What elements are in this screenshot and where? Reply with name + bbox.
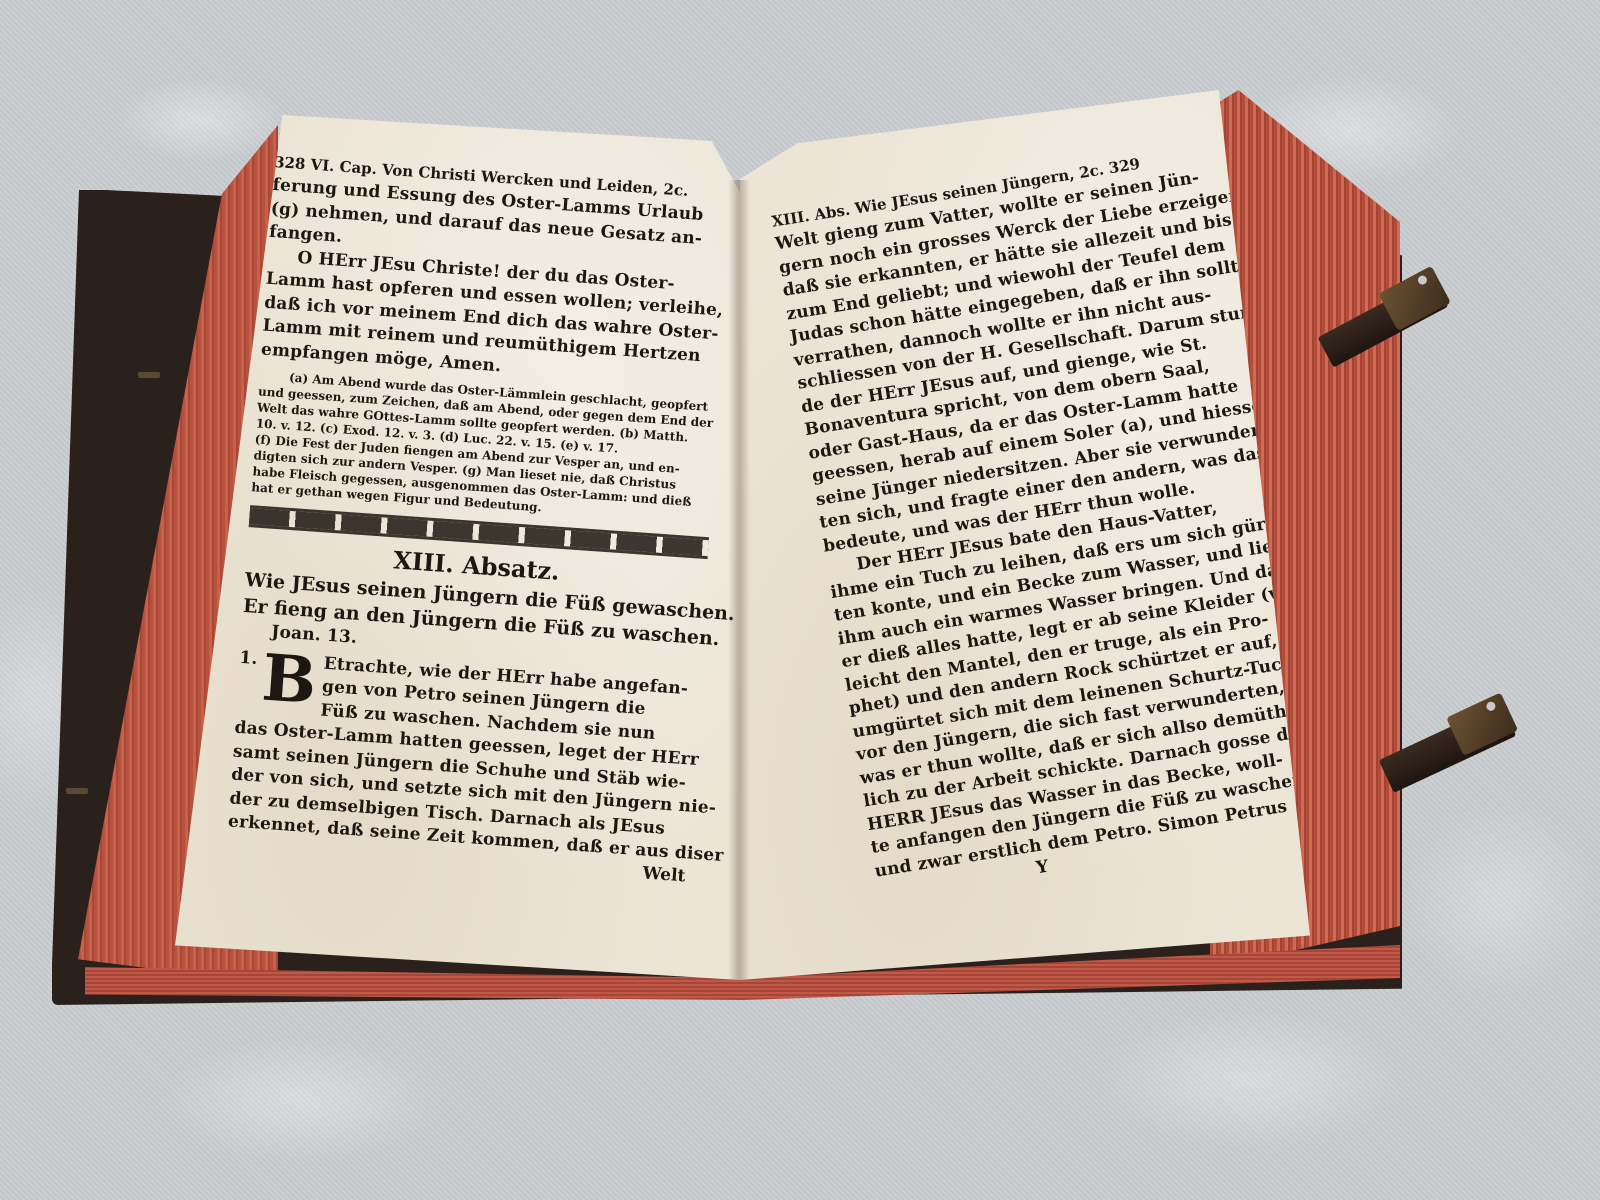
- paragraph-number: 1.: [239, 646, 259, 671]
- drop-cap: B: [260, 648, 318, 712]
- left-page-text: 328 VI. Cap. Von Christi Wercken und Lei…: [226, 150, 734, 886]
- clasp-plate-icon: [1446, 692, 1518, 755]
- signature-mark: Y: [1035, 857, 1050, 879]
- clasp-pin-bottom: [66, 788, 88, 794]
- clasp-pin-top: [138, 372, 160, 378]
- photo-scene: 328 VI. Cap. Von Christi Wercken und Lei…: [0, 0, 1600, 1200]
- book-gutter: [728, 180, 750, 980]
- right-page: XIII. Abs. Wie JEsus seinen Jüngern, 2c.…: [740, 90, 1310, 980]
- right-page-text: XIII. Abs. Wie JEsus seinen Jüngern, 2c.…: [770, 132, 1310, 904]
